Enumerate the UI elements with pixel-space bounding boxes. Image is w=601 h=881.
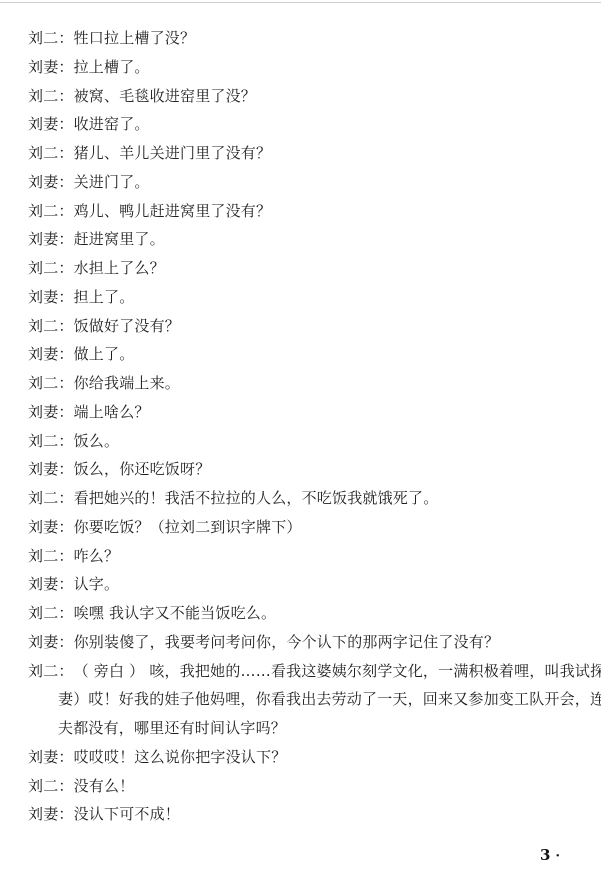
dialogue-text: 饭么。 [74,432,120,450]
page-number: 3· [540,845,560,867]
dialogue-text: 你要吃饭？（拉刘二到识字牌下） [74,518,302,536]
dialogue-line: 刘妻：你要吃饭？（拉刘二到识字牌下） [28,513,593,542]
dialogue-line: 刘妻：端上啥么？ [28,398,593,427]
speaker-label: 刘妻： [28,800,74,829]
speaker-label: 刘二： [28,139,74,168]
speaker-label: 刘二： [28,24,74,53]
dialogue-line: 刘二：唉嘿 我认字又不能当饭吃么。 [28,599,593,628]
dialogue-text: 没有么！ [74,777,135,795]
dialogue-line: 刘妻：拉上槽了。 [28,53,593,82]
dialogue-text: 你给我端上来。 [74,374,180,392]
speaker-label: 刘二： [28,427,74,456]
speaker-label: 刘妻： [28,168,74,197]
dialogue-text: 担上了。 [74,288,135,306]
dialogue-line: 刘妻：收进窑了。 [28,110,593,139]
dialogue-line: 刘二：饭做好了没有？ [28,312,593,341]
dialogue-line: 刘二：猪儿、羊儿关进门里了没有？ [28,139,593,168]
dialogue-line: 刘妻：你别装傻了，我要考问考问你，今个认下的那两字记住了没有？ [28,628,593,657]
dialogue-line: 刘二：咋么？ [28,542,593,571]
dialogue-text: 端上啥么？ [74,403,150,421]
speaker-label: 刘二： [28,312,74,341]
dialogue-line: 刘二：看把她兴的！我活不拉拉的人么，不吃饭我就饿死了。 [28,484,593,513]
speaker-label: 刘二： [28,599,74,628]
dialogue-line: 刘妻：关进门了。 [28,168,593,197]
dialogue-list: 刘二：牲口拉上槽了没？刘妻：拉上槽了。刘二：被窝、毛毯收进窑里了没？刘妻：收进窑… [28,24,593,829]
speaker-label: 刘妻： [28,283,74,312]
dialogue-text: 鸡儿、鸭儿赶进窝里了没有？ [74,202,272,220]
dialogue-text: （ 旁白 ） 咳，我把她的……看我这婆姨尔刻学文化，一满积极着哩，叫我试探试探她… [74,662,601,680]
dialogue-line: 刘二：水担上了么？ [28,254,593,283]
speaker-label: 刘二： [28,369,74,398]
dialogue-line: 刘二：牲口拉上槽了没？ [28,24,593,53]
dialogue-text: 猪儿、羊儿关进门里了没有？ [74,144,272,162]
dialogue-line: 刘妻：担上了。 [28,283,593,312]
dialogue-line: 刘二：被窝、毛毯收进窑里了没？ [28,82,593,111]
dialogue-text: 做上了。 [74,345,135,363]
dialogue-text: 拉上槽了。 [74,58,150,76]
speaker-label: 刘妻： [28,455,74,484]
dialogue-line: 刘妻：做上了。 [28,340,593,369]
dialogue-text: 牲口拉上槽了没？ [74,29,196,47]
dialogue-line: 刘二：你给我端上来。 [28,369,593,398]
dialogue-line: 刘二：饭么。 [28,427,593,456]
script-page: 刘二：牲口拉上槽了没？刘妻：拉上槽了。刘二：被窝、毛毯收进窑里了没？刘妻：收进窑… [0,0,601,881]
page-number-value: 3 [540,846,550,864]
dialogue-text: 赶进窝里了。 [74,230,165,248]
speaker-label: 刘妻： [28,53,74,82]
dialogue-line: 刘妻：认字。 [28,570,593,599]
dialogue-text: 夫都没有，哪里还有时间认字吗？ [58,719,286,737]
dialogue-text: 收进窑了。 [74,115,150,133]
speaker-label: 刘二： [28,82,74,111]
speaker-label: 刘妻： [28,340,74,369]
speaker-label: 刘二： [28,772,74,801]
dialogue-text: 没认下可不成！ [74,805,180,823]
speaker-label: 刘妻： [28,628,74,657]
dialogue-text: 咋么？ [74,547,120,565]
dialogue-text: 认字。 [74,575,120,593]
dialogue-line: 刘二：没有么！ [28,772,593,801]
speaker-label: 刘妻： [28,110,74,139]
dialogue-text: 关进门了。 [74,173,150,191]
speaker-label: 刘二： [28,484,74,513]
dialogue-text: 看把她兴的！我活不拉拉的人么，不吃饭我就饿死了。 [74,489,439,507]
speaker-label: 刘妻： [28,743,74,772]
dialogue-line: 刘妻：饭么，你还吃饭呀？ [28,455,593,484]
speaker-label: 刘二： [28,254,74,283]
speaker-label: 刘二： [28,542,74,571]
dialogue-line: 刘妻：没认下可不成！ [28,800,593,829]
speaker-label: 刘妻： [28,225,74,254]
dialogue-line: 夫都没有，哪里还有时间认字吗？ [28,714,593,743]
dialogue-line: 妻）哎！好我的娃子他妈哩，你看我出去劳动了一天，回来又参加变工队开会，连个喘气的… [28,685,593,714]
page-number-dot: · [555,849,560,864]
dialogue-text: 哎哎哎！这么说你把字没认下？ [74,748,287,766]
dialogue-text: 饭做好了没有？ [74,317,180,335]
speaker-label: 刘二： [28,657,74,686]
dialogue-line: 刘妻：哎哎哎！这么说你把字没认下？ [28,743,593,772]
dialogue-line: 刘二：（ 旁白 ） 咳，我把她的……看我这婆姨尔刻学文化，一满积极着哩，叫我试探… [28,657,593,686]
scan-edge-line [0,2,601,3]
dialogue-text: 水担上了么？ [74,259,165,277]
dialogue-text: 妻）哎！好我的娃子他妈哩，你看我出去劳动了一天，回来又参加变工队开会，连个喘气的… [58,690,601,708]
dialogue-text: 你别装傻了，我要考问考问你，今个认下的那两字记住了没有？ [74,633,500,651]
dialogue-text: 被窝、毛毯收进窑里了没？ [74,87,256,105]
dialogue-line: 刘二：鸡儿、鸭儿赶进窝里了没有？ [28,197,593,226]
speaker-label: 刘妻： [28,570,74,599]
dialogue-line: 刘妻：赶进窝里了。 [28,225,593,254]
speaker-label: 刘二： [28,197,74,226]
dialogue-text: 唉嘿 我认字又不能当饭吃么。 [74,604,277,622]
speaker-label: 刘妻： [28,513,74,542]
dialogue-text: 饭么，你还吃饭呀？ [74,460,211,478]
speaker-label: 刘妻： [28,398,74,427]
